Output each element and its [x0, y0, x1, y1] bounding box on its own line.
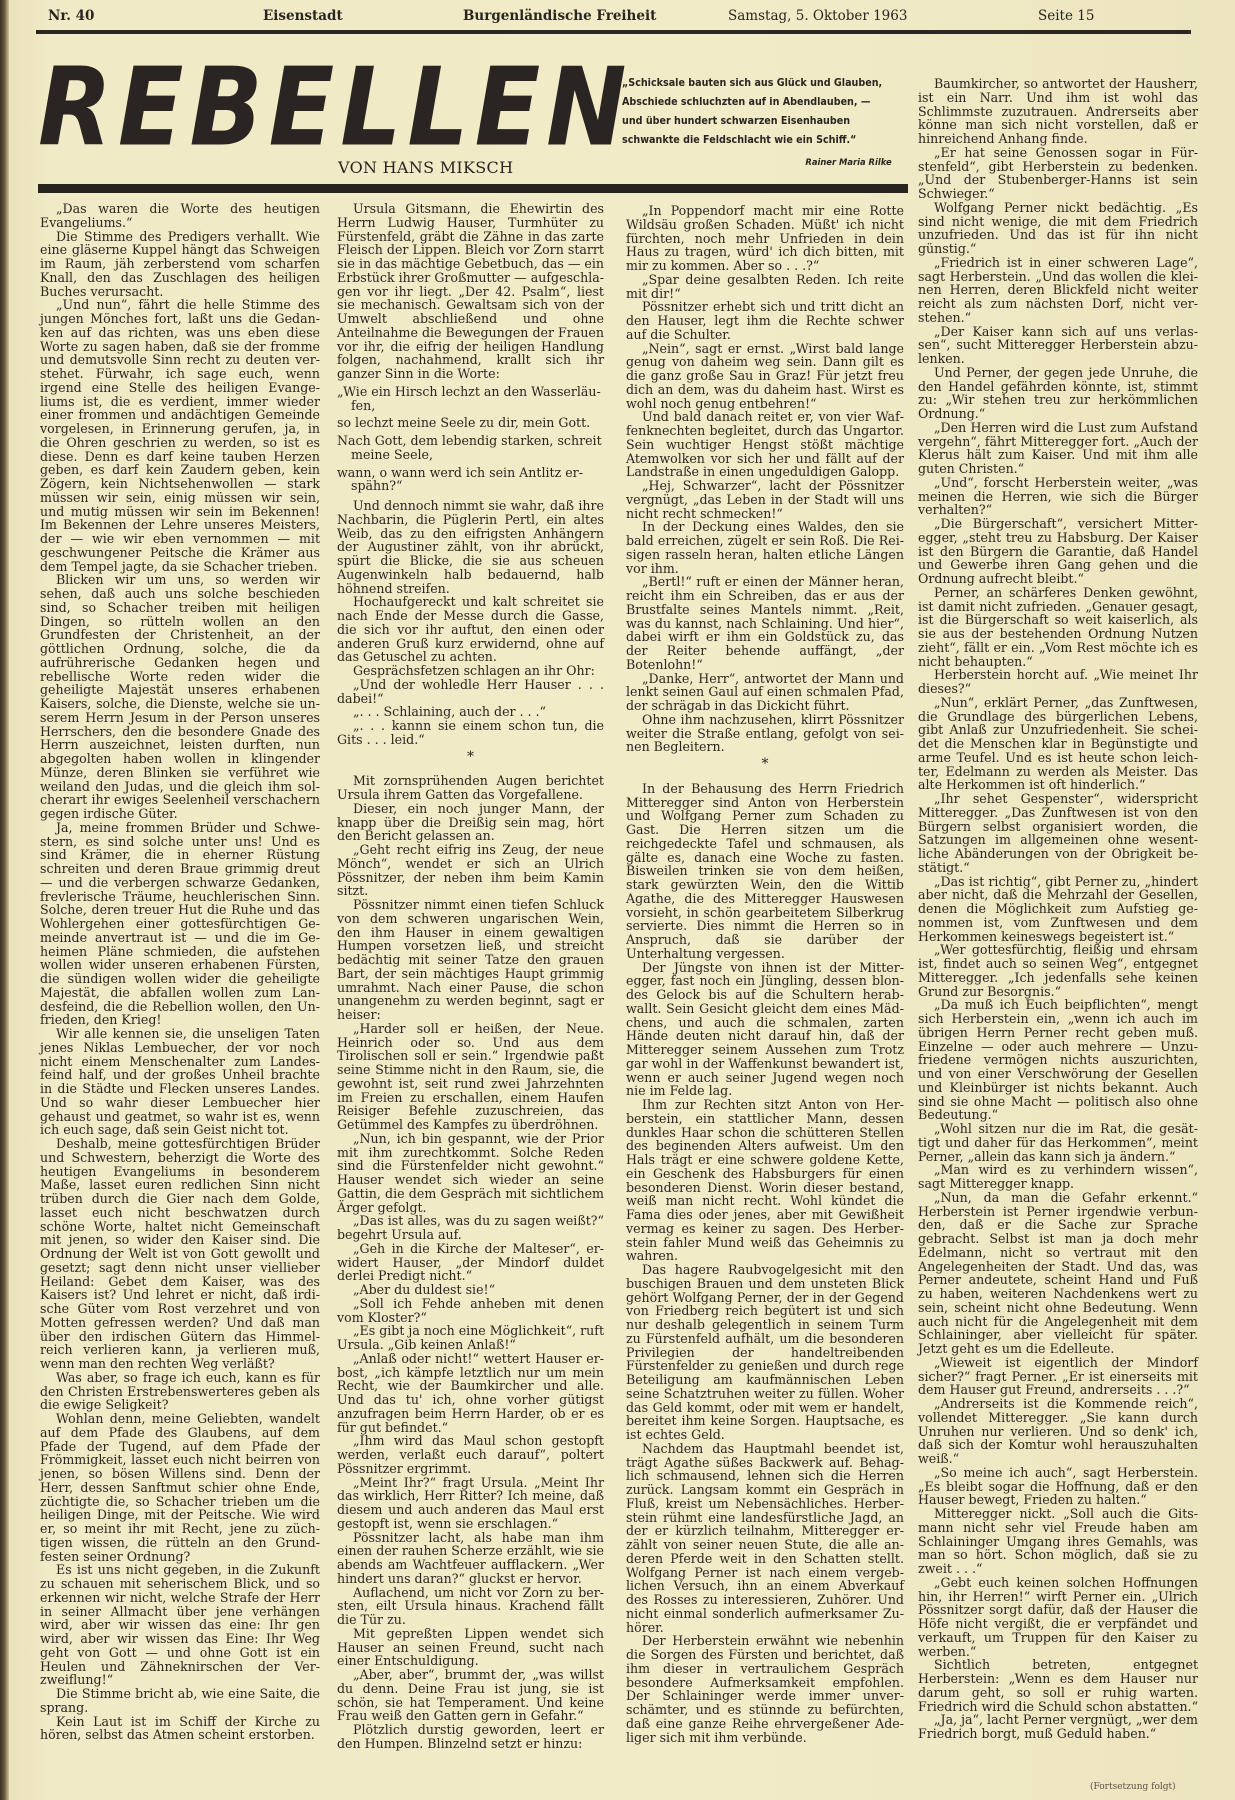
paragraph: „Harder soll er heißen, der Neue. Hein­r…: [337, 1022, 604, 1132]
paragraph: „Anlaß oder nicht!“ wettert Hauser er­bo…: [337, 1352, 604, 1435]
masthead-rule: [36, 30, 1191, 34]
paragraph: Blicken wir um uns, so werden wir sehen,…: [40, 573, 320, 821]
paragraph: Ursula Gitsmann, die Ehewirtin des Herrn…: [337, 202, 604, 381]
paper-name: Burgenländische Freiheit: [463, 8, 656, 24]
section-separator: *: [337, 751, 604, 765]
paragraph: Hochaufgereckt und kalt schreitet sie na…: [337, 595, 604, 664]
paragraph: „Es gibt ja noch eine Möglichkeit“, ruft…: [337, 1324, 604, 1352]
paragraph: Der Herberstein erwähnt wie neben­hin di…: [626, 1634, 904, 1744]
paragraph: Pössnitzer lacht, als habe man ihm einen…: [337, 1531, 604, 1586]
paragraph: Deshalb, meine gottesfürchtigen Brüder u…: [40, 1137, 320, 1371]
paragraph: „Danke, Herr“, antwortet der Mann und le…: [626, 672, 904, 713]
paragraph: „Nein“, sagt er ernst. „Wirst bald lange…: [626, 342, 904, 411]
paragraph: „Aber du duldest sie!“: [337, 1283, 604, 1297]
paragraph: Und bald danach reitet er, von vier Waf­…: [626, 410, 904, 479]
paragraph: Mit zornsprühenden Augen berichtet Ursul…: [337, 774, 604, 802]
paragraph: „Geh in die Kirche der Malteser“, er­wid…: [337, 1242, 604, 1283]
paragraph: „Ihr sehet Gespenster“, widerspricht Mit…: [918, 792, 1198, 875]
paragraph: Wohlan denn, meine Geliebten, wandelt au…: [40, 1412, 320, 1563]
paragraph: „Er hat seine Genossen sogar in Für­sten…: [918, 146, 1198, 201]
paragraph: „Wieweit ist eigentlich der Mindorf sich…: [918, 1356, 1198, 1397]
paragraph: Wir alle kennen sie, die unseligen Taten…: [40, 1027, 320, 1137]
paragraph: Baumkircher, so antwortet der Haus­herr,…: [918, 77, 1198, 146]
paragraph: „Geht recht eifrig ins Zeug, der neue Mö…: [337, 843, 604, 898]
paragraph: „Und nun“, fährt die helle Stimme des ju…: [40, 298, 320, 573]
paragraph: Ohne ihm nachzusehen, klirrt Pössnitzer …: [626, 713, 904, 754]
paragraph: „. . . kannn sie einem schon tun, die Gi…: [337, 719, 604, 747]
paragraph: „Soll ich Fehde anheben mit denen vom Kl…: [337, 1297, 604, 1325]
paragraph: „Aber, aber“, brummt der, „was willst du…: [337, 1668, 604, 1723]
newspaper-page: Nr. 40 Eisenstadt Burgenländische Freihe…: [0, 0, 1235, 1800]
paragraph: Ja, meine frommen Brüder und Schwe­stern…: [40, 821, 320, 1027]
paragraph: Plötzlich durstig geworden, leert er den…: [337, 1723, 604, 1751]
paragraph: Sichtlich betreten, entgegnet Herberstei…: [918, 1658, 1198, 1713]
paragraph: Herberstein horcht auf. „Wie meinet Ihr …: [918, 668, 1198, 696]
page-number: Seite 15: [1038, 8, 1094, 24]
paragraph: Der Jüngste von ihnen ist der Mitter­egg…: [626, 961, 904, 1099]
article-title: REBELLEN: [38, 54, 633, 162]
paragraph: In der Deckung eines Waldes, den sie bal…: [626, 520, 904, 575]
paragraph: „Und“, forscht Herberstein weiter, „was …: [918, 476, 1198, 517]
article-column-3: „In Poppendorf macht mir eine Rotte Wild…: [626, 204, 904, 1744]
paragraph: Das hagere Raubvogelgesicht mit den busc…: [626, 1263, 904, 1442]
paragraph: „Gebt euch keinen solchen Hoffnungen hin…: [918, 1576, 1198, 1659]
paragraph: Es ist uns nicht gegeben, in die Zukunft…: [40, 1563, 320, 1687]
section-separator: *: [626, 758, 904, 772]
paragraph: „Man wird es zu verhindern wissen“, sagt…: [918, 1163, 1198, 1191]
paragraph: „Ja, ja“, lacht Perner vergnügt, „wer de…: [918, 1713, 1198, 1741]
epigraph: „Schicksale bauten sich aus Glück und Gl…: [622, 74, 892, 173]
paragraph: „So meine ich auch“, sagt Herberstein. „…: [918, 1466, 1198, 1507]
paragraph: Dieser, ein noch junger Mann, der knapp …: [337, 802, 604, 843]
continuation-note: (Fortsetzung folgt): [1090, 1782, 1176, 1792]
paragraph: Mit gepreßten Lippen wendet sich Hau­ser…: [337, 1627, 604, 1668]
article-column-2: Ursula Gitsmann, die Ehewirtin des Herrn…: [337, 202, 604, 1751]
epigraph-line: und über hundert schwarzen Eisenhauben: [622, 112, 892, 131]
paragraph: „Bertl!“ ruft er einen der Männer heran,…: [626, 575, 904, 671]
paragraph: Nachdem das Hauptmahl beendet ist, trägt…: [626, 1442, 904, 1635]
paragraph: „Das ist alles, was du zu sagen weißt?“ …: [337, 1214, 604, 1242]
paragraph: Ihm zur Rechten sitzt Anton von Her­bers…: [626, 1098, 904, 1263]
article-column-4: Baumkircher, so antwortet der Haus­herr,…: [918, 77, 1198, 1741]
paragraph: Perner, an schärferes Denken gewöhnt, is…: [918, 586, 1198, 669]
paragraph: „Nun“, erklärt Perner, „das Zunftwesen, …: [918, 696, 1198, 792]
paragraph: „Ihm wird das Maul schon gestopft wer­de…: [337, 1434, 604, 1475]
paragraph: „Der Kaiser kann sich auf uns verlas­sen…: [918, 325, 1198, 366]
paragraph: Kein Laut ist im Schiff der Kirche zu hö…: [40, 1715, 320, 1743]
verse-line: Nach Gott, dem lebendig starken, schreit…: [337, 434, 604, 462]
paragraph: „In Poppendorf macht mir eine Rotte Wild…: [626, 204, 904, 273]
paragraph: Und dennoch nimmt sie wahr, daß ihre Nac…: [337, 499, 604, 595]
paragraph: „Meint Ihr?“ fragt Ursula. „Meint Ihr da…: [337, 1476, 604, 1531]
paragraph: Gesprächsfetzen schlagen an ihr Ohr:: [337, 664, 604, 678]
paragraph: Mitteregger nickt. „Soll auch die Gits­m…: [918, 1507, 1198, 1576]
paragraph: „Die Bürgerschaft“, versichert Mitter­eg…: [918, 517, 1198, 586]
article-column-1: „Das waren die Worte des heutigen Evange…: [40, 202, 320, 1742]
paragraph: „Spar deine gesalbten Reden. Ich reite m…: [626, 273, 904, 301]
psalm-verse: „Wie ein Hirsch lechzt an den Wasserläu­…: [337, 385, 604, 493]
paragraph: Und Perner, der gegen jede Unruhe, die d…: [918, 366, 1198, 421]
paragraph: „Hej, Schwarzer“, lacht der Pössnitzer v…: [626, 479, 904, 520]
issue-number: Nr. 40: [48, 8, 94, 24]
paragraph: „Den Herren wird die Lust zum Auf­stand …: [918, 421, 1198, 476]
epigraph-line: schwankte die Feldschlacht wie ein Schif…: [622, 131, 892, 150]
paragraph: „Nun, da man die Gefahr erkennt.“ Herber…: [918, 1191, 1198, 1356]
paragraph: „Wohl sitzen nur die im Rat, die gesät­t…: [918, 1122, 1198, 1163]
paragraph: „. . . Schlaining, auch der . . .“: [337, 705, 604, 719]
paragraph: „Da muß ich Euch beipflichten“, mengt si…: [918, 998, 1198, 1122]
article-byline: VON HANS MIKSCH: [338, 158, 513, 177]
paragraph: Pössnitzer erhebt sich und tritt dicht a…: [626, 300, 904, 341]
page-binding-edge: [0, 0, 9, 1800]
verse-line: wann, o wann werd ich sein Antlitz er­sp…: [337, 466, 604, 494]
epigraph-line: Abschiede schluchzten auf in Abendlauben…: [622, 93, 892, 112]
title-rule: [38, 184, 908, 193]
paragraph: Die Stimme bricht ab, wie eine Saite, di…: [40, 1687, 320, 1715]
epigraph-line: „Schicksale bauten sich aus Glück und Gl…: [622, 74, 892, 93]
epigraph-author: Rainer Maria Rilke: [622, 154, 892, 173]
verse-line: „Wie ein Hirsch lechzt an den Wasserläu­…: [337, 385, 604, 413]
paragraph: In der Behausung des Herrn Friedrich Mit…: [626, 782, 904, 961]
paragraph: Die Stimme des Predigers verhallt. Wie e…: [40, 230, 320, 299]
city: Eisenstadt: [263, 8, 343, 24]
paragraph: „Friedrich ist in einer schweren Lage“, …: [918, 256, 1198, 325]
paragraph: Was aber, so frage ich euch, kann es für…: [40, 1371, 320, 1412]
issue-date: Samstag, 5. Oktober 1963: [728, 8, 907, 24]
paragraph: Auflachend, um nicht vor Zorn zu ber­ste…: [337, 1586, 604, 1627]
paragraph: „Und der wohledle Herr Hauser . . . da­b…: [337, 678, 604, 706]
verse-line: so lechzt meine Seele zu dir, mein Gott.: [337, 416, 604, 430]
masthead: Nr. 40 Eisenstadt Burgenländische Freihe…: [38, 8, 1188, 28]
paragraph: „Das waren die Worte des heutigen Evange…: [40, 202, 320, 230]
paragraph: „Andrerseits ist die Kommende reich“, vo…: [918, 1397, 1198, 1466]
paragraph: „Wer gottesfürchtig, fleißig und ehrsam …: [918, 943, 1198, 998]
paragraph: „Das ist richtig“, gibt Perner zu, „hind…: [918, 875, 1198, 944]
paragraph: Pössnitzer nimmt einen tiefen Schluck vo…: [337, 898, 604, 1022]
paragraph: Wolfgang Perner nickt bedächtig. „Es sin…: [918, 201, 1198, 256]
paragraph: „Nun, ich bin gespannt, wie der Prior mi…: [337, 1132, 604, 1215]
